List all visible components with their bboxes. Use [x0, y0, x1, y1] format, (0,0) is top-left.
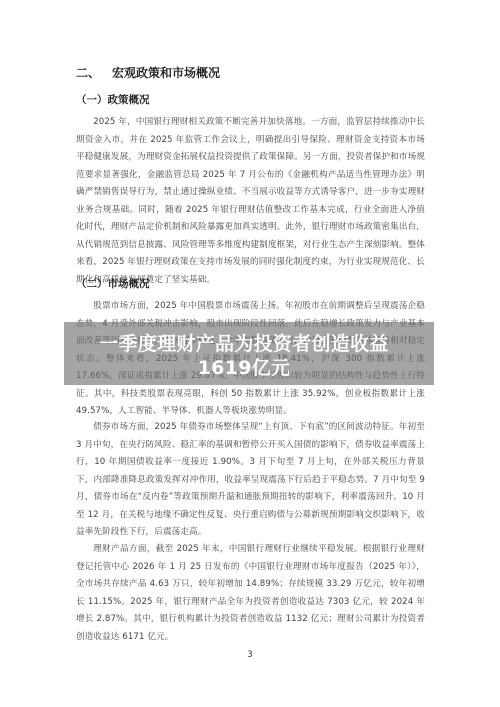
subsection-heading-policy: （一）政策概况 — [76, 92, 150, 107]
paragraph-wealth-products: 理财产品方面，截至 2025 年末，中国银行理财行业继续平稳发展。根据银行业理财… — [76, 541, 425, 646]
page-number: 3 — [0, 650, 500, 660]
section-title: 宏观政策和市场概况 — [112, 66, 220, 80]
section-heading: 二、宏观政策和市场概况 — [76, 64, 220, 81]
section-number: 二、 — [76, 66, 100, 80]
subsection-heading-market: （二）市场概况 — [76, 276, 150, 291]
headline-text: 一季度理财产品为投资者创造收益1619亿元 — [74, 332, 414, 380]
paragraph-bond-market: 债券市场方面，2025 年债券市场整体呈现“上有顶、下有底”的区间波动特征。年初… — [76, 419, 425, 542]
paragraph-policy: 2025 年，中国银行理财相关政策不断完善并加快落地。一方面，监管层持续推动中长… — [76, 114, 425, 289]
